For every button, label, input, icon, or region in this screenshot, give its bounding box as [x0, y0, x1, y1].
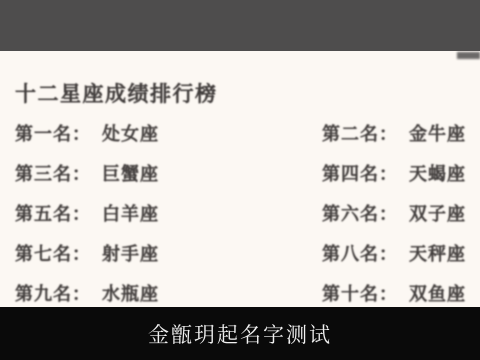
ranking-item-3: 第三名： 巨蟹座 [0, 153, 307, 193]
rank-label: 第九名： [15, 280, 91, 306]
ranking-item-6: 第六名： 双子座 [307, 193, 480, 233]
rank-label: 第七名： [15, 240, 91, 266]
ranking-item-1: 第一名： 处女座 [0, 113, 307, 153]
zodiac-sign-name: 巨蟹座 [102, 160, 159, 186]
watermark-text: 金甑玥起名字测试 [148, 319, 332, 349]
letterbox-top-bar [0, 0, 480, 51]
ranking-item-7: 第七名： 射手座 [0, 233, 307, 273]
letterbox-bottom-bar: 金甑玥起名字测试 [0, 307, 480, 360]
zodiac-sign-name: 天秤座 [409, 240, 466, 266]
rank-label: 第一名： [15, 120, 91, 146]
ranking-item-5: 第五名： 白羊座 [0, 193, 307, 233]
rank-label: 第六名： [322, 200, 398, 226]
rank-label: 第八名： [322, 240, 398, 266]
zodiac-sign-name: 双鱼座 [409, 280, 466, 306]
ranking-item-8: 第八名： 天秤座 [307, 233, 480, 273]
page-title: 十二星座成绩排行榜 [15, 78, 218, 108]
zodiac-sign-name: 天蝎座 [409, 160, 466, 186]
ranking-item-2: 第二名： 金牛座 [307, 113, 480, 153]
ranking-item-4: 第四名： 天蝎座 [307, 153, 480, 193]
edge-artifact [457, 52, 480, 59]
zodiac-sign-name: 处女座 [102, 120, 159, 146]
zodiac-sign-name: 白羊座 [102, 200, 159, 226]
zodiac-sign-name: 射手座 [102, 240, 159, 266]
rank-label: 第二名： [322, 120, 398, 146]
rank-label: 第五名： [15, 200, 91, 226]
rank-label: 第四名： [322, 160, 398, 186]
zodiac-ranking-list: 第一名： 处女座 第二名： 金牛座 第三名： 巨蟹座 第四名： 天蝎座 第五名：… [0, 113, 480, 313]
zodiac-sign-name: 金牛座 [409, 120, 466, 146]
rank-label: 第十名： [322, 280, 398, 306]
rank-label: 第三名： [15, 160, 91, 186]
zodiac-sign-name: 双子座 [409, 200, 466, 226]
video-frame: 十二星座成绩排行榜 第一名： 处女座 第二名： 金牛座 第三名： 巨蟹座 第四名… [0, 0, 480, 360]
zodiac-sign-name: 水瓶座 [102, 280, 159, 306]
